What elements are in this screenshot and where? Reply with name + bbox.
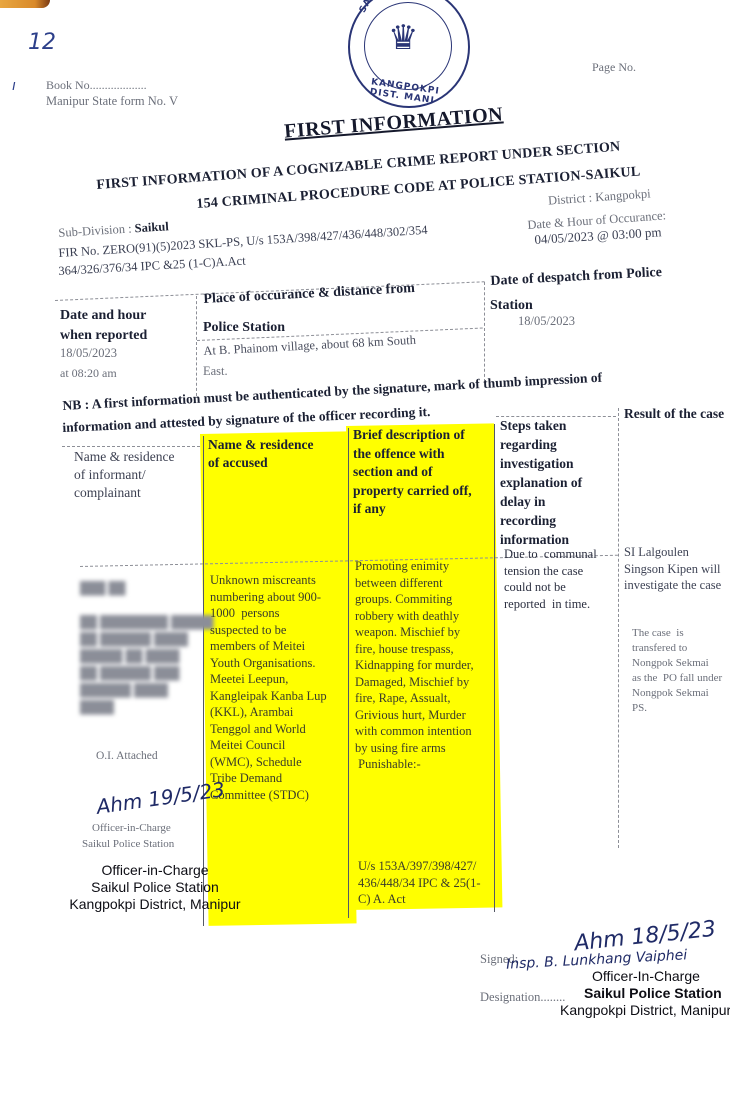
cell-line: Due to communal [504, 546, 597, 563]
result-transfer-note: The case istransfered toNongpok Sekmaias… [632, 626, 722, 716]
cell-line: robbery with deathly [355, 608, 474, 625]
cell-line: Kangleipak Kanba Lup [210, 688, 327, 705]
accused-header: Name & residence of accused [208, 436, 313, 472]
right-stamp-line: Officer-In-Charge [560, 968, 730, 985]
cell-line: transfered to [632, 641, 722, 656]
informant-header-line: of informant/ [74, 466, 174, 484]
cell-line: Meitei Council [210, 737, 327, 754]
left-faint-designation-2: Saikul Police Station [82, 838, 174, 850]
cell-line: The case is [632, 626, 722, 641]
despatch-header-line-1: Date of despatch from Police [490, 263, 662, 291]
cell-line: between different [355, 575, 474, 592]
cell-line: Damaged, Mischief by [355, 674, 474, 691]
steps-header-line: regarding [500, 435, 582, 454]
steps-header-line: explanation of [500, 473, 582, 492]
left-stamp-line: Saikul Police Station [66, 879, 244, 896]
offence-sections: U/s 153A/397/398/427/436/448/34 IPC & 25… [358, 858, 481, 908]
cell-line: Singson Kipen will [624, 561, 721, 578]
designation-label: Designation........ [480, 990, 565, 1005]
cell-line: as the PO fall under [632, 671, 722, 686]
page-title: FIRST INFORMATION [283, 103, 504, 143]
accused-header-line: Name & residence [208, 436, 313, 454]
sub-division-label: Sub-Division : [58, 222, 132, 240]
cell-line: members of Meitei [210, 638, 327, 655]
form-label: Manipur State form No. V [46, 94, 178, 109]
cell-line: C) A. Act [358, 891, 481, 908]
left-stamp-line: Officer-in-Charge [66, 862, 244, 879]
accused-details: Unknown miscreantsnumbering about 900-10… [210, 572, 327, 803]
pen-mark: ı [12, 78, 16, 94]
offence-header: Brief description of the offence with se… [353, 426, 472, 519]
cell-line: Tenggol and World [210, 721, 327, 738]
cell-line: Nongpok Sekmai [632, 686, 722, 701]
informant-header: Name & residence of informant/ complaina… [74, 448, 174, 502]
right-stamp-line: Kangpokpi District, Manipur [560, 1002, 730, 1019]
cell-line: suspected to be [210, 622, 327, 639]
left-faint-designation-1: Officer-in-Charge [92, 822, 171, 834]
cell-line: fire, house trespass, [355, 641, 474, 658]
steps-header-line: recording [500, 511, 582, 530]
reported-time: at 08:20 am [60, 366, 117, 381]
left-officer-stamp: Officer-in-Charge Saikul Police Station … [66, 862, 244, 913]
police-seal: SAIKUL KANGPOKPI DIST. MANI ♛ [348, 0, 470, 108]
cell-line: Tribe Demand [210, 770, 327, 787]
cell-line: Kidnapping for murder, [355, 657, 474, 674]
right-stamp-line: Saikul Police Station [560, 985, 730, 1002]
reported-header-line-1: Date and hour [60, 306, 146, 325]
cell-line: (KKL), Arambai [210, 704, 327, 721]
cell-line: (WMC), Schedule [210, 754, 327, 771]
cell-line: Punishable:- [355, 756, 474, 773]
offence-header-line: section and of [353, 463, 472, 482]
cell-line: Meetei Leepun, [210, 671, 327, 688]
paper-stain [0, 0, 50, 8]
place-value-line-2: East. [203, 364, 228, 379]
place-header-line-2: Police Station [203, 318, 285, 337]
cell-line: PS. [632, 701, 722, 716]
table2-divider-2 [348, 428, 349, 918]
cell-line: numbering about 900- [210, 589, 327, 606]
steps-taken: Due to communaltension the casecould not… [504, 546, 597, 612]
offence-header-line: if any [353, 500, 472, 519]
cell-line: U/s 153A/397/398/427/ [358, 858, 481, 875]
right-officer-stamp: Officer-In-Charge Saikul Police Station … [560, 968, 730, 1019]
offence-header-line: Brief description of [353, 426, 472, 445]
cell-line: fire, Rape, Assualt, [355, 690, 474, 707]
cell-line: by using fire arms [355, 740, 474, 757]
offence-header-line: the offence with [353, 445, 472, 464]
offence-header-line: property carried off, [353, 482, 472, 501]
cell-line: with common intention [355, 723, 474, 740]
despatch-header-line-2: Station [490, 296, 533, 315]
sub-division: Sub-Division : Saikul [58, 219, 169, 241]
informant-header-line: Name & residence [74, 448, 174, 466]
steps-header: Steps taken regarding investigation expl… [500, 416, 582, 549]
page-no-label: Page No. [592, 60, 636, 75]
left-stamp-line: Kangpokpi District, Manipur [66, 896, 244, 913]
table2-top-border-left [62, 446, 200, 447]
offence-description: Promoting enimitybetween differentgroups… [355, 558, 474, 773]
steps-header-line: Steps taken [500, 416, 582, 435]
sub-division-value: Saikul [134, 219, 169, 235]
cell-line: reported in time. [504, 596, 597, 613]
accused-header-line: of accused [208, 454, 313, 472]
place-header-line-1: Place of occurance & distance from [203, 279, 415, 309]
steps-header-line: delay in [500, 492, 582, 511]
handwritten-page-mark: 12 [28, 30, 56, 55]
reported-header-line-2: when reported [60, 326, 147, 345]
cell-line: groups. Commiting [355, 591, 474, 608]
cell-line: Youth Organisations. [210, 655, 327, 672]
district-label: District : Kangpokpi [548, 186, 652, 208]
cell-line: 436/448/34 IPC & 25(1- [358, 875, 481, 892]
cell-line: Unknown miscreants [210, 572, 327, 589]
result-header: Result of the case [624, 404, 724, 423]
national-emblem-icon: ♛ [388, 18, 418, 58]
cell-line: weapon. Mischief by [355, 624, 474, 641]
cell-line: Grivious hurt, Murder [355, 707, 474, 724]
cell-line: could not be [504, 579, 597, 596]
table2-divider-4 [618, 408, 619, 848]
book-no-label: Book No................... [46, 78, 147, 93]
cell-line: SI Lalgoulen [624, 544, 721, 561]
table1-divider-1 [196, 296, 197, 396]
cell-line: Committee (STDC) [210, 787, 327, 804]
cell-line: tension the case [504, 563, 597, 580]
reported-date: 18/05/2023 [60, 346, 117, 361]
despatch-value: 18/05/2023 [518, 314, 575, 329]
cell-line: 1000 persons [210, 605, 327, 622]
steps-header-line: investigation [500, 454, 582, 473]
cell-line: Nongpok Sekmai [632, 656, 722, 671]
cell-line: Promoting enimity [355, 558, 474, 575]
table1-divider-2 [484, 282, 485, 382]
table2-divider-3 [494, 424, 495, 912]
informant-redacted-block: ███ ██ ██ ████████ █████ ██ ██████ ████ … [80, 580, 214, 716]
informant-note: O.I. Attached [96, 750, 158, 762]
result-investigating-officer: SI LalgoulenSingson Kipen willinvestigat… [624, 544, 721, 594]
informant-header-line: complainant [74, 484, 174, 502]
cell-line: investigate the case [624, 577, 721, 594]
